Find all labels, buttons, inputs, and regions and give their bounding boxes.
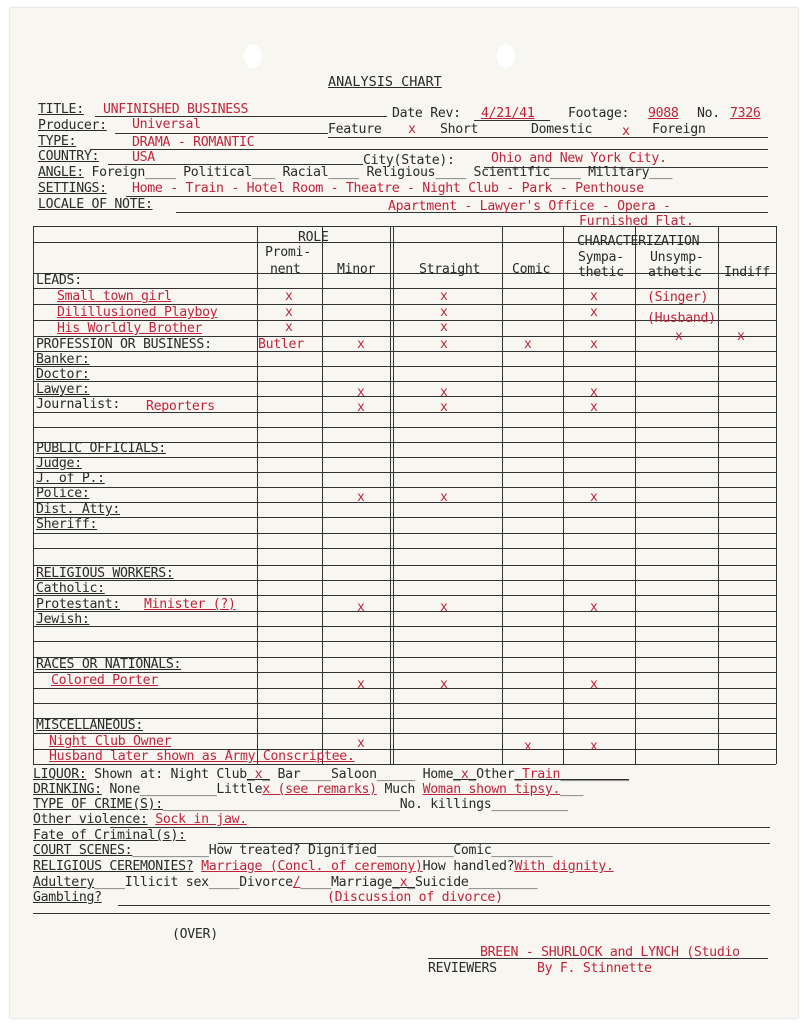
row-lawyer: Lawyer: — [36, 382, 89, 397]
role-header: ROLE — [298, 230, 329, 245]
section-public-officials: PUBLIC OFFICIALS: — [36, 441, 166, 456]
misc-entry: Night Club Owner — [49, 734, 171, 749]
cell-mark: x — [675, 330, 683, 343]
col-prominent: Promi- — [265, 245, 311, 260]
reviewers-label: REVIEWERS — [428, 961, 497, 976]
punch-hole — [244, 44, 262, 68]
row-journalist: Journalist: — [36, 397, 120, 412]
cell-mark: x — [285, 290, 293, 303]
cell-mark: x — [590, 740, 598, 753]
row-dist-atty: Dist. Atty: — [36, 502, 120, 517]
short-label: Short — [440, 122, 478, 137]
journalist-entry: Reporters — [146, 399, 215, 414]
row-judge: Judge: — [36, 456, 82, 471]
cell-mark: x — [440, 401, 448, 414]
settings-label: SETTINGS: — [38, 181, 107, 196]
misc-entry: Husband later shown as Army Conscriptee. — [49, 749, 355, 764]
protestant-entry: Minister (?) — [144, 597, 236, 612]
col-straight: Straight — [419, 262, 480, 277]
cell-mark: x — [285, 306, 293, 319]
col-sympathetic: Sympa- — [578, 250, 624, 265]
domestic-label: Domestic — [531, 122, 592, 137]
row-jewish: Jewish: — [36, 612, 89, 627]
races-entry: Colored Porter — [51, 673, 158, 688]
row-sheriff: Sheriff: — [36, 517, 97, 532]
producer-label: Producer: — [38, 118, 107, 133]
cell-mark: x — [357, 491, 365, 504]
divorce-note: (Discussion of divorce) — [327, 890, 503, 905]
reviewers-value: BREEN - SHURLOCK and LYNCH (Studio — [480, 945, 740, 960]
city-value: Ohio and New York City. — [491, 151, 667, 166]
gambling-row: Gambling? — [33, 890, 102, 905]
col-minor: Minor — [337, 262, 375, 277]
cell-mark: x — [590, 401, 598, 414]
lead-entry: Small town girl — [57, 289, 172, 304]
cell-mark: x — [737, 330, 745, 343]
cell-mark: x — [357, 737, 365, 750]
row-banker: Banker: — [36, 352, 89, 367]
cell-mark: x — [524, 740, 532, 753]
section-races: RACES OR NATIONALS: — [36, 657, 181, 672]
cell-mark: x — [440, 290, 448, 303]
col-unsympathetic: Unsymp- — [650, 250, 703, 265]
cell-mark: x — [440, 678, 448, 691]
settings-value: Home - Train - Hotel Room - Theatre - Ni… — [132, 181, 644, 196]
cell-mark: x — [440, 321, 448, 334]
foreign-label: Foreign — [652, 122, 705, 137]
producer-value: Universal — [132, 117, 201, 132]
date-rev-value: 4/21/41 — [481, 106, 534, 121]
col-unsympathetic-2: athetic — [648, 265, 701, 280]
locale-label: LOCALE OF NOTE: — [38, 197, 153, 212]
row-doctor: Doctor: — [36, 367, 89, 382]
cell-mark: x — [440, 386, 448, 399]
no-label: No. — [697, 106, 720, 121]
row-protestant: Protestant: — [36, 597, 120, 612]
row-police: Police: — [36, 486, 89, 501]
cell-mark: x — [590, 338, 598, 351]
footage-value: 9088 — [648, 106, 679, 121]
cell-mark: x — [285, 321, 293, 334]
cell-mark: x — [440, 338, 448, 351]
section-misc: MISCELLANEOUS: — [36, 718, 143, 733]
section-religious-workers: RELIGIOUS WORKERS: — [36, 566, 174, 581]
singer-note: (Singer) — [647, 290, 708, 305]
angle-row: ANGLE: Foreign____ Political___ Racial__… — [38, 165, 672, 180]
cell-mark: x — [440, 491, 448, 504]
footage-label: Footage: — [568, 106, 629, 121]
feature-label: Feature — [328, 122, 381, 137]
col-prominent-2: nent — [270, 262, 301, 277]
locale-value-1: Apartment - Lawyer's Office - Opera - — [388, 199, 671, 214]
page-title: ANALYSIS CHART — [328, 74, 442, 90]
violence-row: Other violence: Sock in jaw. — [33, 812, 247, 827]
title-value: UNFINISHED BUSINESS — [103, 102, 248, 117]
cell-mark: x — [357, 401, 365, 414]
cell-mark: x — [440, 306, 448, 319]
court-row: COURT SCENES:__________How treated? Dign… — [33, 843, 553, 858]
col-sympathetic-2: thetic — [578, 265, 624, 280]
drinking-row: DRINKING: None__________Littlex (see rem… — [33, 782, 583, 797]
section-profession: PROFESSION OR BUSINESS: — [36, 337, 212, 352]
col-indifferent: Indiff — [724, 265, 770, 280]
cell-mark: x — [357, 386, 365, 399]
crime-row: TYPE OF CRIME(S):_______________________… — [33, 797, 568, 812]
no-value: 7326 — [730, 106, 761, 121]
section-leads: LEADS: — [36, 273, 82, 288]
reviewer-name: By F. Stinnette — [537, 961, 652, 976]
punch-hole — [497, 44, 515, 68]
date-rev-label: Date Rev: — [392, 106, 461, 121]
country-value: USA — [132, 150, 155, 165]
type-label: TYPE: — [38, 134, 76, 149]
cell-mark: x — [590, 678, 598, 691]
cell-mark: x — [357, 678, 365, 691]
title-label: TITLE: — [38, 102, 84, 117]
country-label: COUNTRY: — [38, 149, 99, 164]
cell-mark: x — [590, 491, 598, 504]
cell-mark: x — [590, 386, 598, 399]
cell-mark: x — [357, 601, 365, 614]
husband-note: (Husband) — [647, 311, 716, 326]
lead-entry: Dilillusioned Playboy — [57, 305, 217, 320]
cell-mark: x — [357, 338, 365, 351]
cell-mark: x — [524, 338, 532, 351]
adultery-row: Adultery____Illicit sex____Divorce/____M… — [33, 875, 537, 890]
liquor-row: LIQUOR: Shown at: Night Club_x_ Bar____S… — [33, 767, 629, 782]
cell-mark: x — [590, 290, 598, 303]
characterization-header: CHARACTERIZATION — [577, 234, 699, 249]
col-comic: Comic — [512, 262, 550, 277]
ceremonies-row: RELIGIOUS CEREMONIES? Marriage (Concl. o… — [33, 859, 614, 874]
feature-value: x — [408, 122, 416, 137]
cell-mark: x — [590, 306, 598, 319]
cell-mark: x — [440, 601, 448, 614]
row-catholic: Catholic: — [36, 581, 105, 596]
over-note: (OVER) — [172, 927, 218, 942]
lead-entry: His Worldly Brother — [57, 321, 202, 336]
type-value: DRAMA - ROMANTIC — [132, 135, 254, 150]
profession-entry: Butler — [258, 337, 304, 352]
fate-row: Fate of Criminal(s): — [33, 828, 186, 843]
cell-mark: x — [590, 601, 598, 614]
row-jp: J. of P.: — [36, 471, 105, 486]
